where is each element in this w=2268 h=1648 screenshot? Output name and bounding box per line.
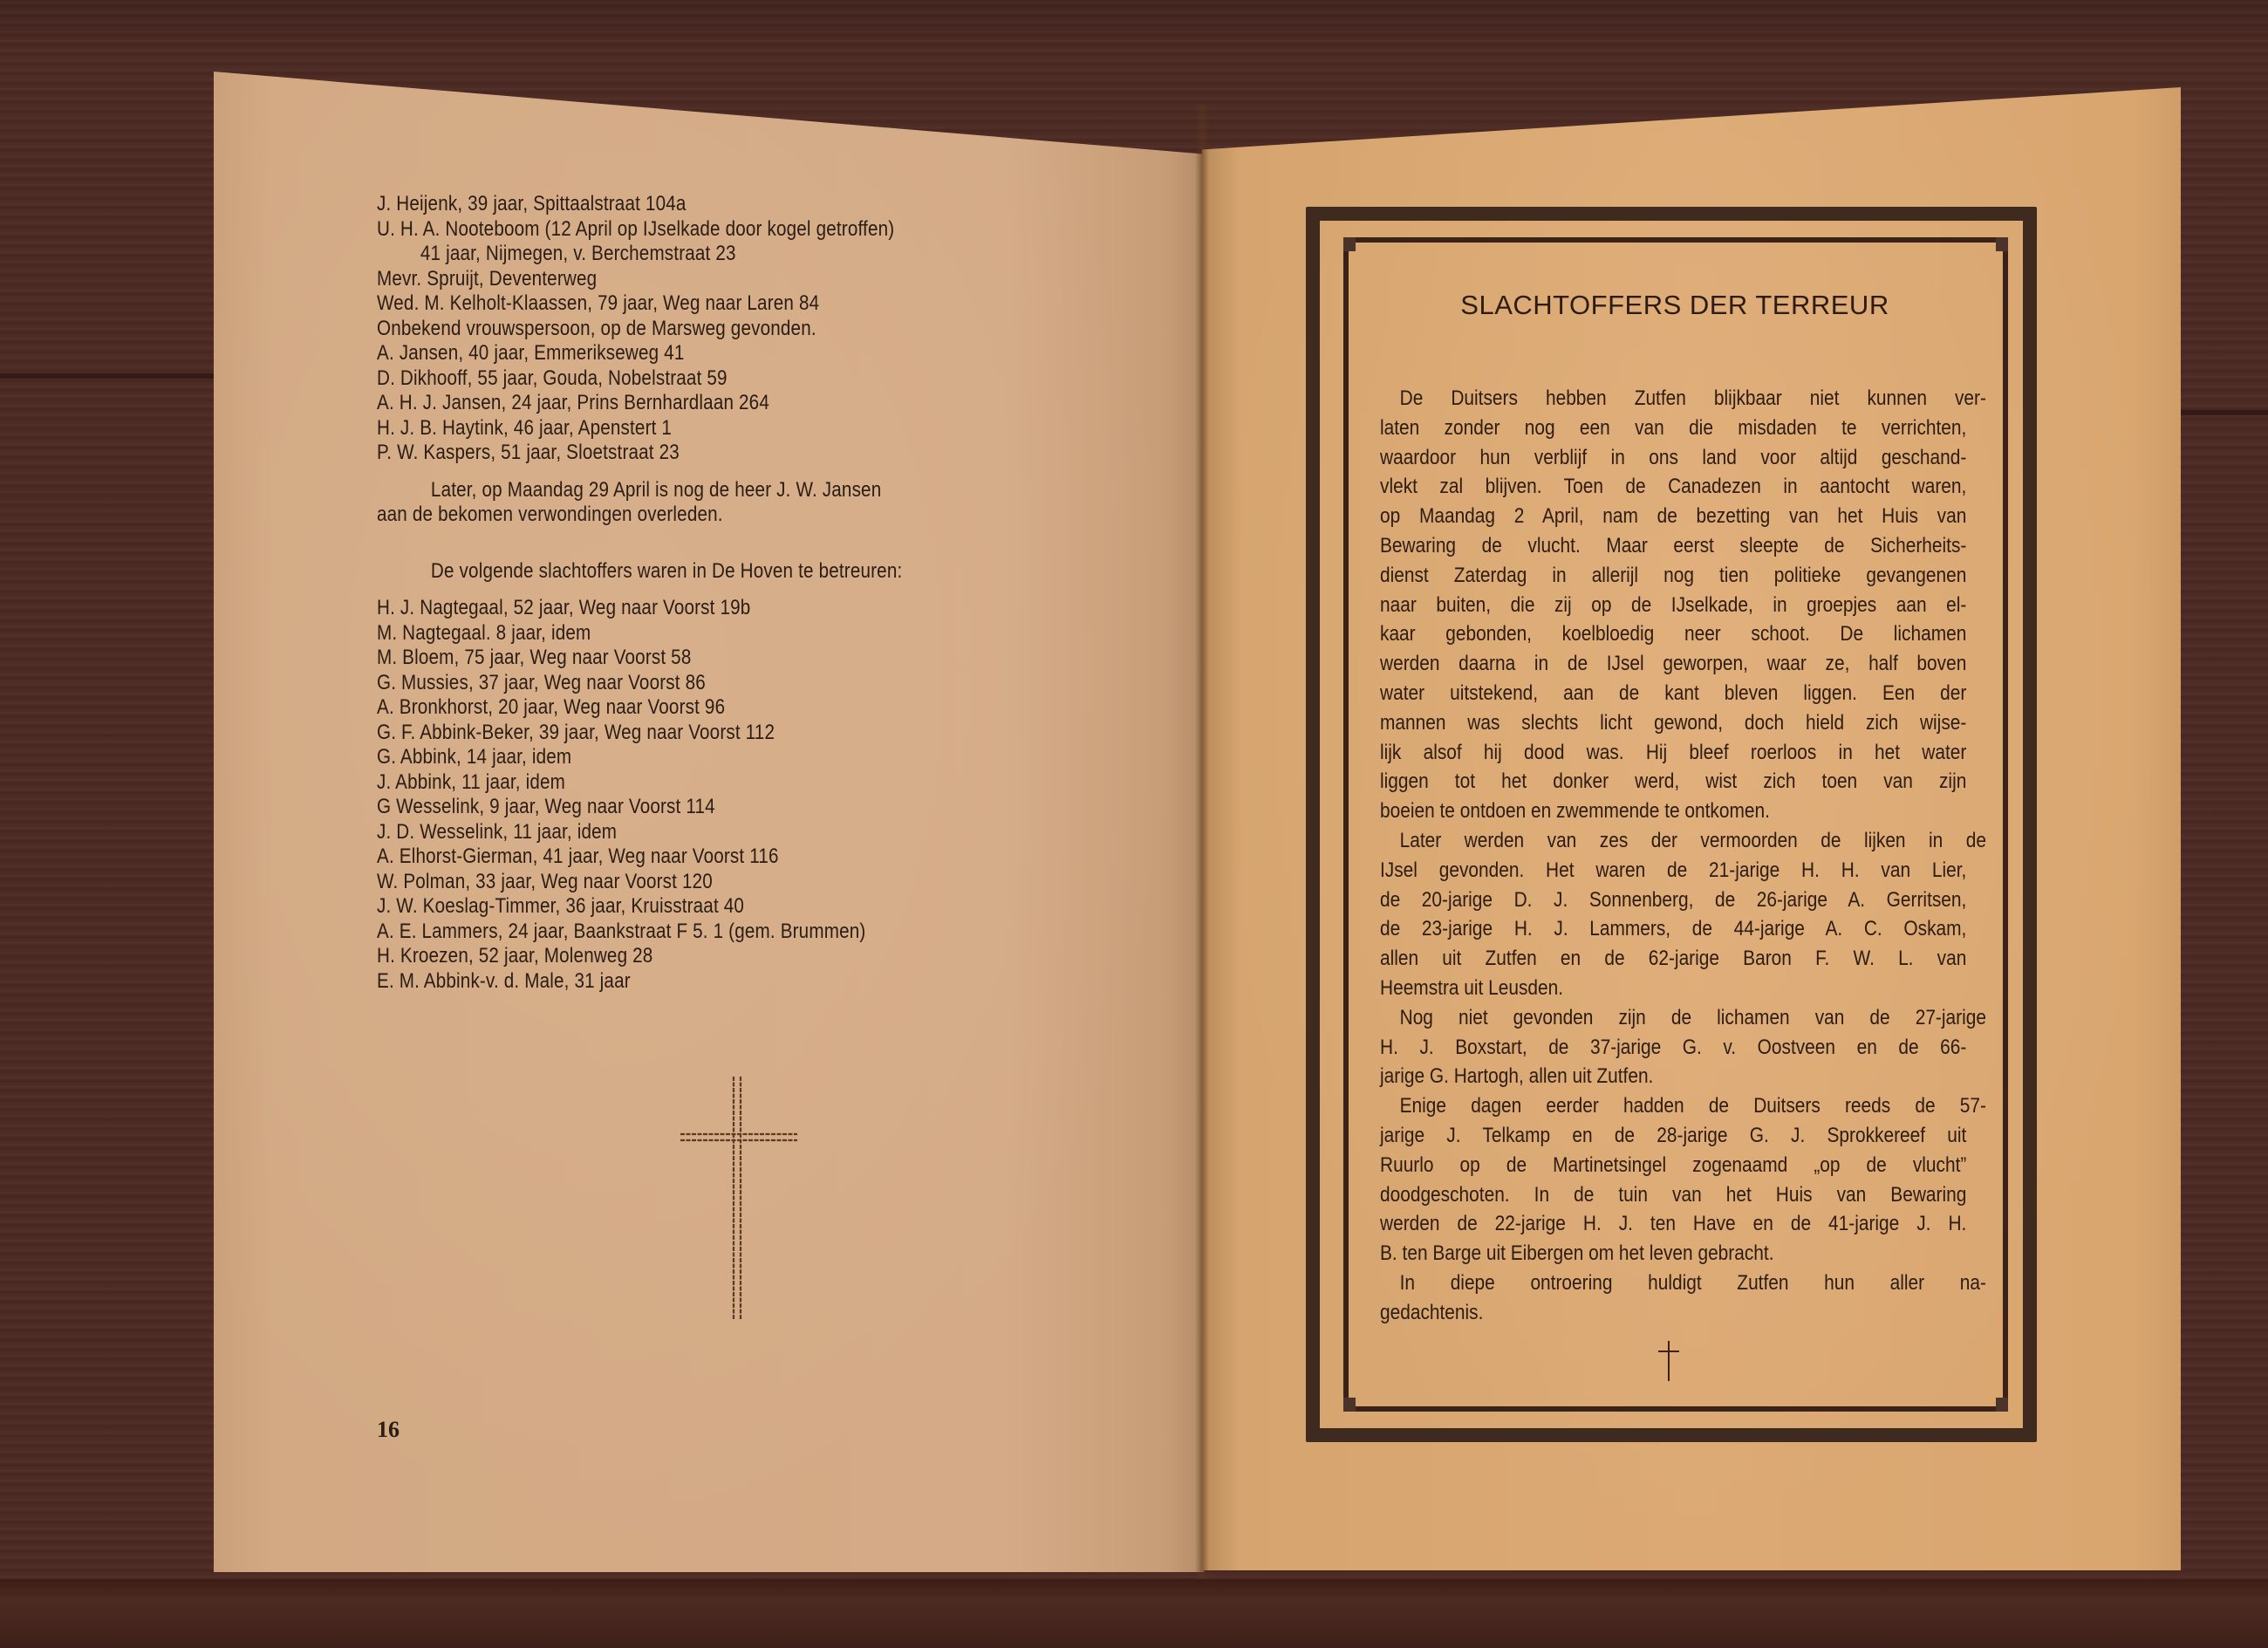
paragraph-line: jarige J. Telkamp en de 28-jarige G. J. … (1380, 1121, 1966, 1151)
list-item: G. F. Abbink-Beker, 39 jaar, Weg naar Vo… (377, 721, 1000, 746)
list-item: A. H. J. Jansen, 24 jaar, Prins Bernhard… (377, 391, 1000, 416)
paragraph-line: gedachtenis. (1380, 1298, 1966, 1328)
list-item: Onbekend vrouwspersoon, op de Marsweg ge… (377, 317, 1000, 342)
list-item: A. Jansen, 40 jaar, Emmerikseweg 41 (377, 341, 1000, 366)
list-item: M. Nagtegaal. 8 jaar, idem (377, 621, 1000, 646)
paragraph-line: B. ten Barge uit Eibergen om het leven g… (1380, 1239, 1966, 1268)
paragraph-line: IJsel gevonden. Het waren de 21-jarige H… (1380, 856, 1966, 886)
paragraph-line: Bewaring de vlucht. Maar eerst sleepte d… (1380, 531, 1966, 561)
list-item: P. W. Kaspers, 51 jaar, Sloetstraat 23 (377, 441, 1000, 466)
paragraph-line: dienst Zaterdag in allerijl nog tien pol… (1380, 561, 1966, 591)
list-item: H. J. Nagtegaal, 52 jaar, Weg naar Voors… (377, 596, 1000, 621)
table-plank-seam (2181, 410, 2268, 415)
paragraph-line: De Duitsers hebben Zutfen blijkbaar niet… (1380, 384, 1986, 414)
list-item: M. Bloem, 75 jaar, Weg naar Voorst 58 (377, 646, 1000, 671)
paragraph-line: boeien te ontdoen en zwemmende te ontkom… (1380, 797, 1966, 826)
double-line-cross-icon (679, 1073, 801, 1322)
paragraph-line: werden de 22-jarige H. J. ten Have en de… (1380, 1209, 1966, 1239)
later-death-note: Later, op Maandag 29 April is nog de hee… (377, 478, 1101, 528)
list-item: W. Polman, 33 jaar, Weg naar Voorst 120 (377, 870, 1000, 895)
paragraph-line: op Maandag 2 April, nam de bezetting van… (1380, 502, 1966, 531)
frame-corner-ornament (1996, 237, 2008, 251)
victims-list-zutphen: J. Heijenk, 39 jaar, Spittaalstraat 104a… (377, 192, 1101, 466)
victims-list-de-hoven: H. J. Nagtegaal, 52 jaar, Weg naar Voors… (377, 596, 1101, 994)
table-plank-seam (0, 373, 218, 379)
list-item: G. Abbink, 14 jaar, idem (377, 745, 1000, 770)
de-hoven-heading: De volgende slachtoffers waren in De Hov… (377, 559, 1000, 585)
list-item: Mevr. Spruijt, Deventerweg (377, 267, 1000, 292)
frame-corner-ornament (1996, 1398, 2008, 1412)
list-item: A. E. Lammers, 24 jaar, Baankstraat F 5.… (377, 920, 1000, 945)
book-gutter (1195, 105, 1209, 1579)
paragraph-line: Nog niet gevonden zijn de lichamen van d… (1380, 1003, 1986, 1033)
paragraph-line: liggen tot het donker werd, wist zich to… (1380, 767, 1966, 797)
list-item: J. D. Wesselink, 11 jaar, idem (377, 820, 1000, 845)
paragraph-line: mannen was slechts licht gewond, doch hi… (1380, 708, 1966, 738)
paragraph-line: In diepe ontroering huldigt Zutfen hun a… (1380, 1268, 1986, 1298)
paragraph-line: Ruurlo op de Martinetsingel zogenaamd „o… (1380, 1151, 1966, 1180)
list-item: E. M. Abbink-v. d. Male, 31 jaar (377, 969, 1000, 995)
list-item: A. Elhorst-Gierman, 41 jaar, Weg naar Vo… (377, 845, 1000, 870)
paragraph-line: allen uit Zutfen en de 62-jarige Baron F… (1380, 944, 1966, 974)
paragraph-line: doodgeschoten. In de tuin van het Huis v… (1380, 1180, 1966, 1210)
paragraph-line: werden daarna in de IJsel geworpen, waar… (1380, 649, 1966, 679)
paragraph-line: naar buiten, die zij op de IJselkade, in… (1380, 591, 1966, 620)
paragraph-line: Later werden van zes der vermoorden de l… (1380, 826, 1986, 856)
paragraph-line: H. J. Boxstart, de 37-jarige G. v. Oostv… (1380, 1033, 1966, 1063)
list-item: J. Abbink, 11 jaar, idem (377, 770, 1000, 796)
paragraph-line: aan de bekomen verwondingen overleden. (377, 503, 1000, 528)
paragraph-line: Heemstra uit Leusden. (1380, 974, 1966, 1003)
paragraph-line: Later, op Maandag 29 April is nog de hee… (377, 478, 1000, 503)
list-item: G Wesselink, 9 jaar, Weg naar Voorst 114 (377, 795, 1000, 820)
list-item: G. Mussies, 37 jaar, Weg naar Voorst 86 (377, 671, 1000, 696)
paragraph-line: water uitstekend, aan de kant bleven lig… (1380, 679, 1966, 708)
list-item: H. Kroezen, 52 jaar, Molenweg 28 (377, 944, 1000, 969)
paragraph-line: Enige dagen eerder hadden de Duitsers re… (1380, 1091, 1986, 1121)
paragraph-line: waardoor hun verblijf in ons land voor a… (1380, 443, 1966, 473)
paragraph-line: vlekt zal blijven. Toen de Canadezen in … (1380, 472, 1966, 502)
frame-corner-ornament (1343, 237, 1356, 251)
list-item: U. H. A. Nooteboom (12 April op IJselkad… (377, 217, 1000, 243)
list-item: H. J. B. Haytink, 46 jaar, Apenstert 1 (377, 416, 1000, 441)
list-item: J. Heijenk, 39 jaar, Spittaalstraat 104a (377, 192, 1000, 217)
paragraph-line: lijk alsof hij dood was. Hij bleef roerl… (1380, 738, 1966, 768)
paragraph-line: de 20-jarige D. J. Sonnenberg, de 26-jar… (1380, 886, 1966, 915)
list-item: A. Bronkhorst, 20 jaar, Weg naar Voorst … (377, 695, 1000, 721)
paragraph-line: laten zonder nog een van die misdaden te… (1380, 414, 1966, 443)
table-front-edge (0, 1579, 2268, 1648)
left-page-text: J. Heijenk, 39 jaar, Spittaalstraat 104a… (377, 192, 1101, 994)
list-item: D. Dikhooff, 55 jaar, Gouda, Nobelstraat… (377, 366, 1000, 392)
frame-corner-ornament (1343, 1398, 1356, 1412)
paragraph-line: jarige G. Hartogh, allen uit Zutfen. (1380, 1062, 1966, 1091)
article-body: De Duitsers hebben Zutfen blijkbaar niet… (1380, 384, 1966, 1328)
paragraph-line: kaar gebonden, koelbloedig neer schoot. … (1380, 619, 1966, 649)
cross-icon (1656, 1339, 1682, 1383)
list-item: J. W. Koeslag-Timmer, 36 jaar, Kruisstra… (377, 894, 1000, 920)
paragraph-line: de 23-jarige H. J. Lammers, de 44-jarige… (1380, 914, 1966, 944)
list-item: Wed. M. Kelholt-Klaassen, 79 jaar, Weg n… (377, 291, 1000, 317)
page-title: SLACHTOFFERS DER TERREUR (1356, 290, 1993, 321)
list-item-continuation: 41 jaar, Nijmegen, v. Berchemstraat 23 (377, 242, 1000, 267)
page-number: 16 (377, 1417, 400, 1443)
